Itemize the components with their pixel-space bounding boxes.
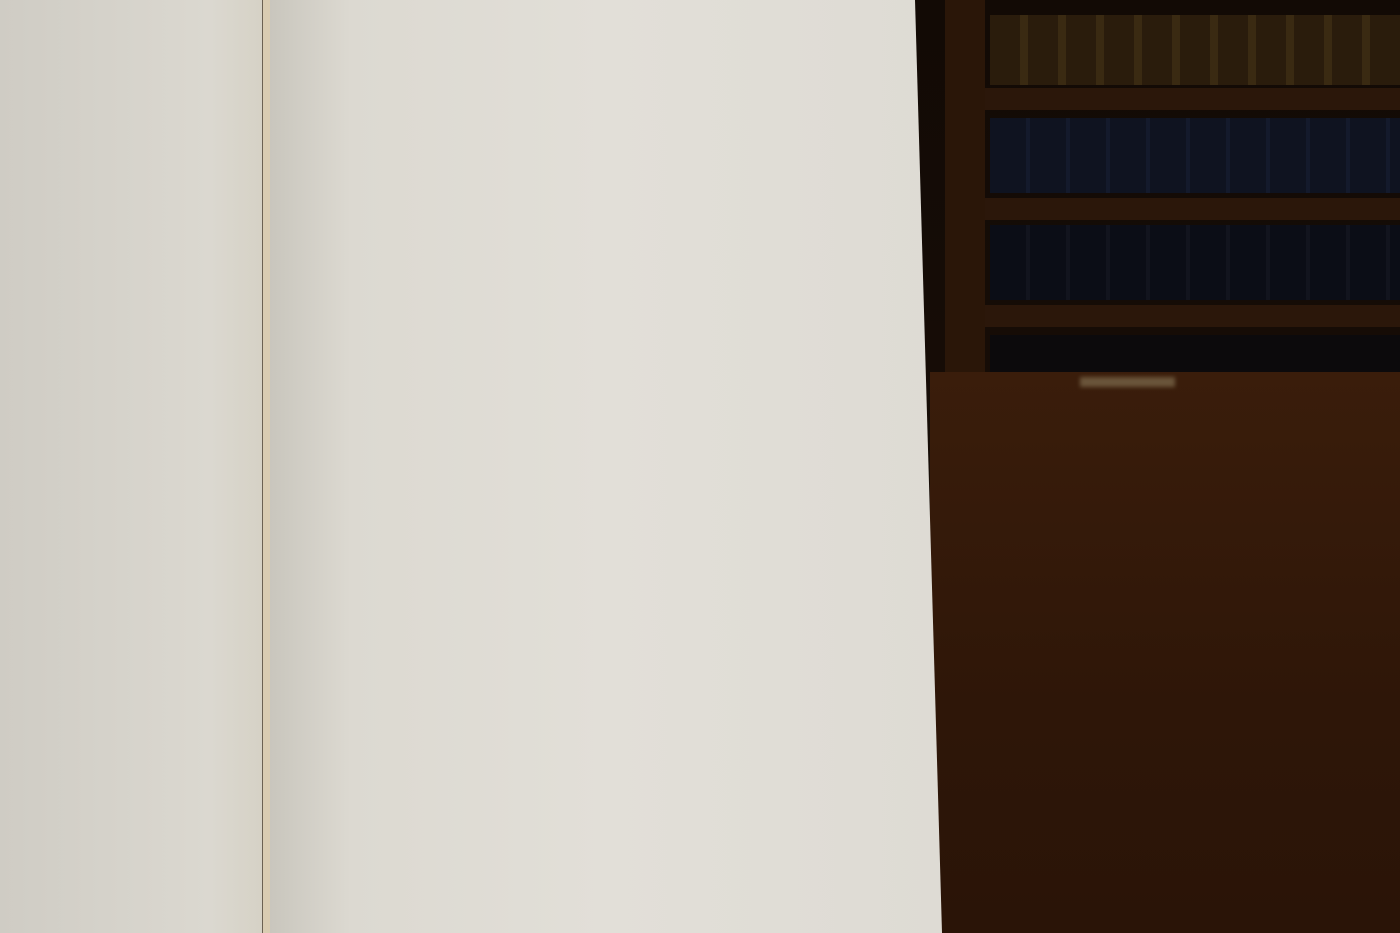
book-row [990,225,1400,300]
shelf-plank [950,88,1400,110]
book-row [990,15,1400,85]
right-page [270,0,942,933]
shelf-plank [950,305,1400,327]
book-row [990,335,1400,375]
wooden-table [930,372,1400,933]
left-page [0,0,262,933]
shelf-plank [950,198,1400,220]
table-reflection [1080,377,1175,387]
shelf-pillar [945,0,985,380]
book-row [990,118,1400,193]
